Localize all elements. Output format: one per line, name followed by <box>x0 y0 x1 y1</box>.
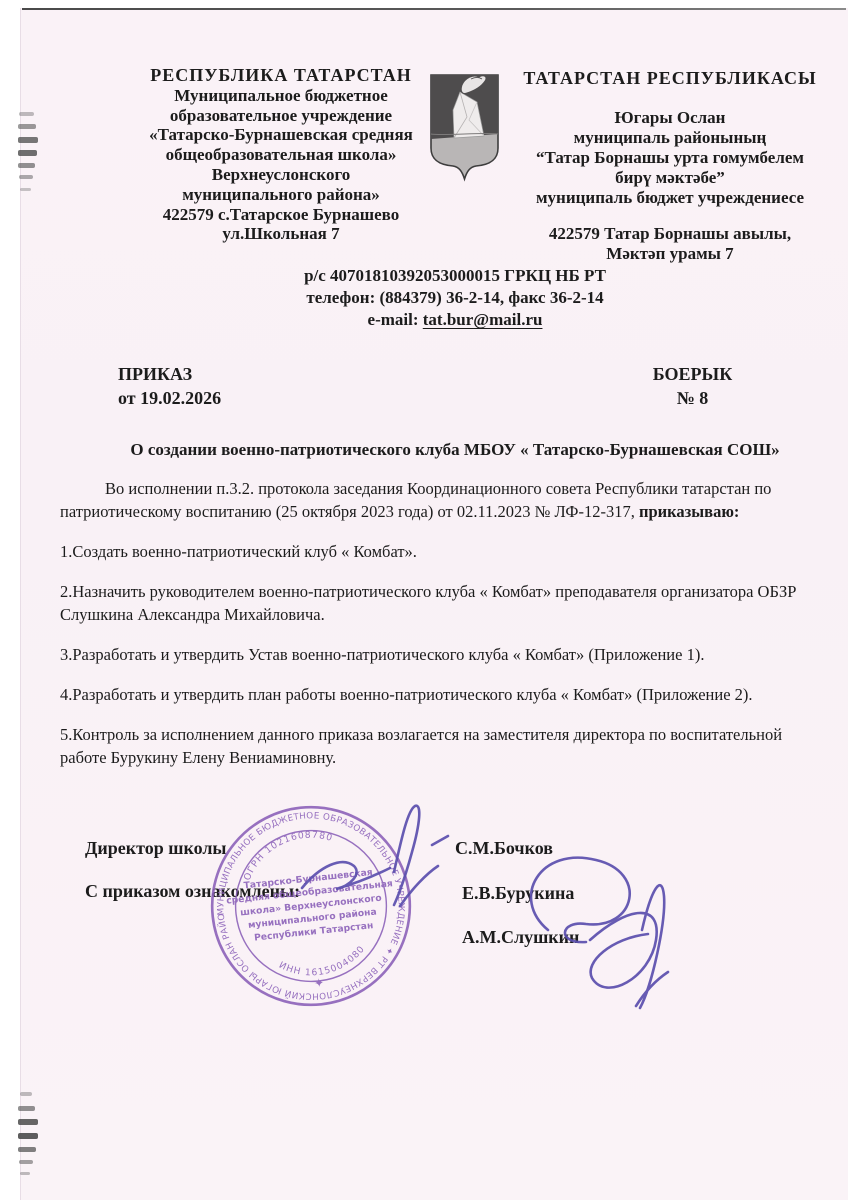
order-item-5: 5.Контроль за исполнением данного приказ… <box>60 723 798 769</box>
email-line: e-mail: tat.bur@mail.ru <box>60 309 848 331</box>
letterhead-ru-line: общеобразовательная школа» <box>128 145 434 165</box>
phone-fax-line: телефон: (884379) 36-2-14, факс 36-2-14 <box>60 287 848 309</box>
order-subject: О создании военно-патриотического клуба … <box>90 440 820 460</box>
letterhead-ru-line: Верхнеуслонского <box>128 165 434 185</box>
preamble-paragraph: Во исполнении п.3.2. протокола заседания… <box>60 477 798 523</box>
letterhead-ru-line: 422579 с.Татарское Бурнашево <box>128 205 434 225</box>
order-title-tatar: БОЕРЫК № 8 <box>600 362 785 410</box>
letterhead-ru-line: РЕСПУБЛИКА ТАТАРСТАН <box>128 66 434 86</box>
order-title-russian: ПРИКАЗ от 19.02.2026 <box>118 362 221 410</box>
letterhead-tt-address: 422579 Татар Борнашы авылы, <box>500 224 840 244</box>
order-item-1: 1.Создать военно-патриотический клуб « К… <box>60 540 798 563</box>
scanned-order-page: РЕСПУБЛИКА ТАТАРСТАН Муниципальное бюдже… <box>0 0 848 1200</box>
letterhead-russian-block: РЕСПУБЛИКА ТАТАРСТАН Муниципальное бюдже… <box>128 66 434 244</box>
email-address: tat.bur@mail.ru <box>423 310 543 329</box>
order-word-tatar: БОЕРЫК <box>600 362 785 386</box>
letterhead-ru-line: муниципального района» <box>128 185 434 205</box>
handwritten-signatures <box>250 780 720 1030</box>
order-item-3: 3.Разработать и утвердить Устав военно-п… <box>60 643 798 666</box>
preamble-bold: приказываю: <box>639 502 739 521</box>
letterhead-tt-title: ТАТАРСТАН РЕСПУБЛИКАСЫ <box>500 68 840 88</box>
letterhead-ru-line: Муниципальное бюджетное <box>128 86 434 106</box>
letterhead-tt-line: бирү мәктәбе” <box>500 168 840 188</box>
order-item-4: 4.Разработать и утвердить план работы во… <box>60 683 798 706</box>
order-date: от 19.02.2026 <box>118 386 221 410</box>
order-number: № 8 <box>600 386 785 410</box>
letterhead-ru-line: ул.Школьная 7 <box>128 224 434 244</box>
contact-block: р/с 40701810392053000015 ГРКЦ НБ РТ теле… <box>60 265 848 331</box>
letterhead-tt-line: “Татар Борнашы урта гомумбелем <box>500 148 840 168</box>
order-word: ПРИКАЗ <box>118 362 221 386</box>
order-body: Во исполнении п.3.2. протокола заседания… <box>60 477 798 786</box>
coat-of-arms-icon <box>427 72 502 182</box>
bank-account-line: р/с 40701810392053000015 ГРКЦ НБ РТ <box>60 265 848 287</box>
letterhead-tt-line: муниципаль районының <box>500 128 840 148</box>
email-label: e-mail: <box>368 310 423 329</box>
order-item-2: 2.Назначить руководителем военно-патриот… <box>60 580 798 626</box>
letterhead-tt-line: Югары Ослан <box>500 108 840 128</box>
letterhead-tt-address: Мәктәп урамы 7 <box>500 244 840 264</box>
letterhead-tatar-block: ТАТАРСТАН РЕСПУБЛИКАСЫ Югары Ослан муниц… <box>500 68 840 264</box>
scan-top-edge-line <box>22 8 846 10</box>
letterhead-ru-line: образовательное учреждение <box>128 106 434 126</box>
letterhead-ru-line: «Татарско-Бурнашевская средняя <box>128 125 434 145</box>
letterhead-tt-line: муниципаль бюджет учреждениесе <box>500 188 840 208</box>
